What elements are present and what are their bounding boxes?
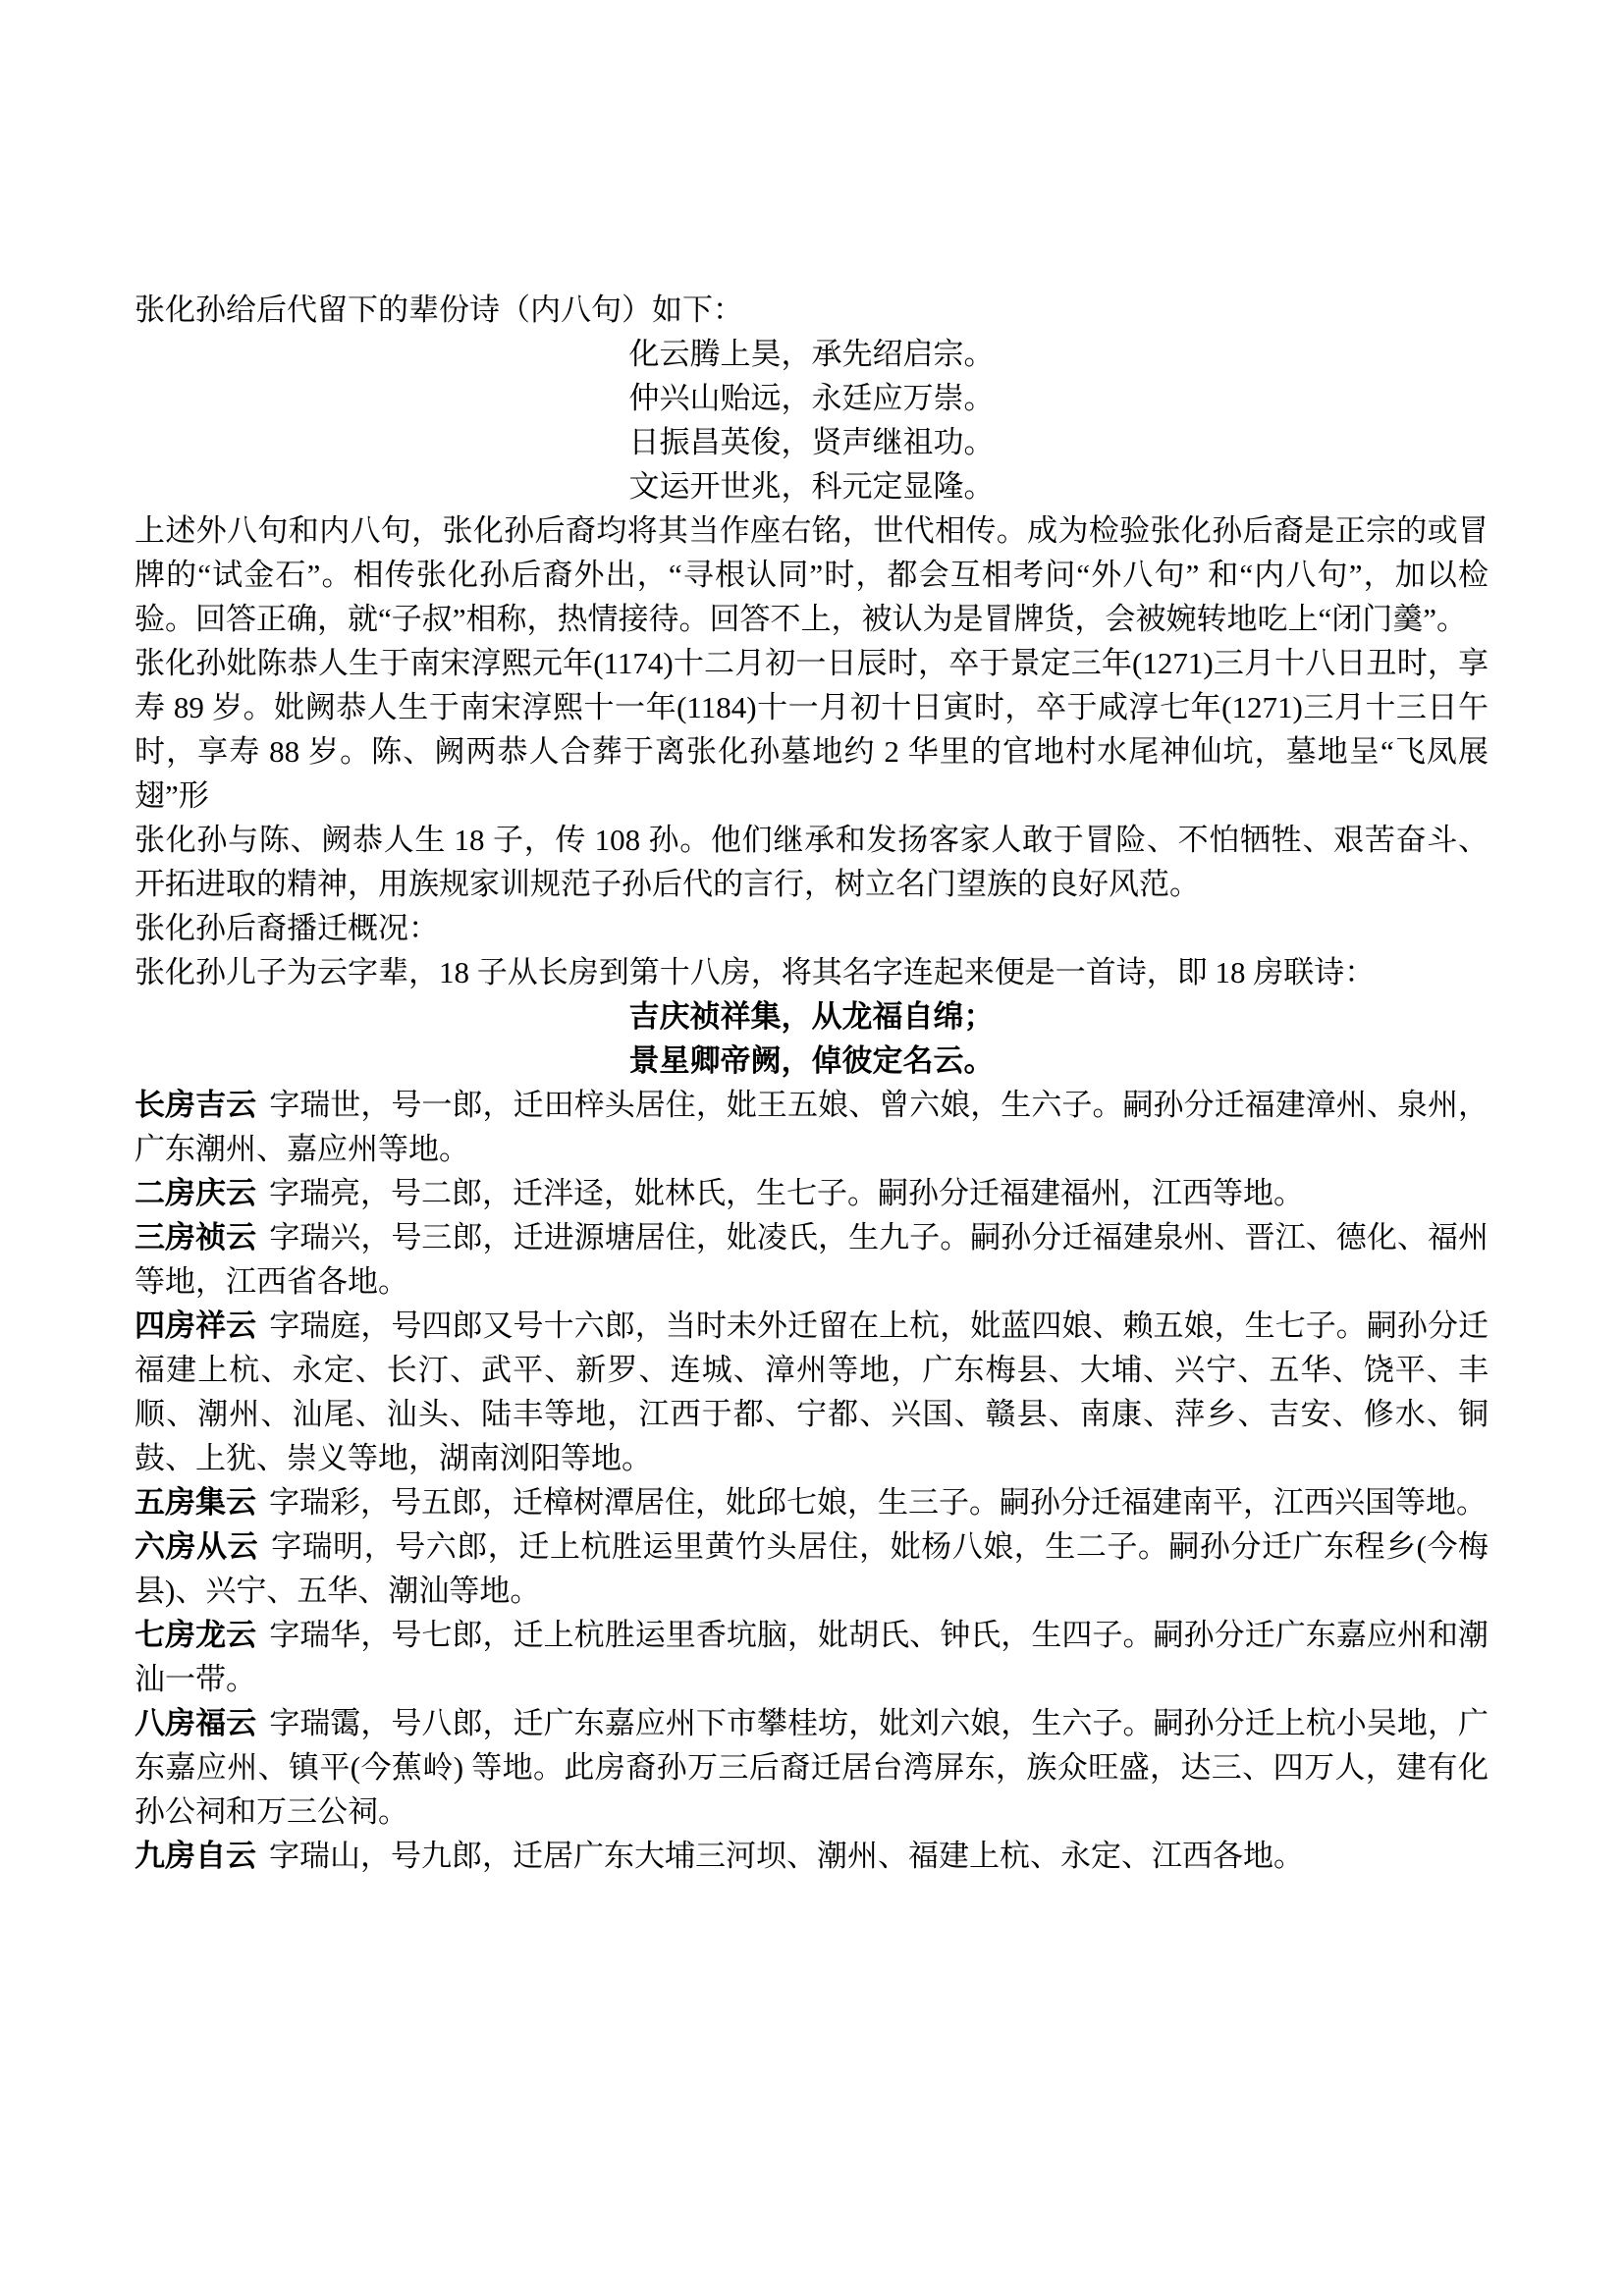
branch-text: 字瑞霭，号八郎，迁广东嘉应州下市攀桂坊，妣刘六娘，生六子。嗣孙分迁上杭小吴地，广… bbox=[135, 1706, 1489, 1829]
branch-entry-3: 三房祯云字瑞兴，号三郎，迁进源塘居住，妣凌氏，生九子。嗣孙分迁福建泉州、晋江、德… bbox=[135, 1215, 1489, 1304]
branch-name: 六房从云 bbox=[135, 1529, 258, 1564]
branch-text: 字瑞山，号九郎，迁居广东大埔三河坝、潮州、福建上杭、永定、江西各地。 bbox=[269, 1839, 1304, 1873]
branch-text: 字瑞华，号七郎，迁上杭胜运里香坑脑，妣胡氏、钟氏，生四子。嗣孙分迁广东嘉应州和潮… bbox=[135, 1618, 1489, 1696]
branch-entry-4: 四房祥云字瑞庭，号四郎又号十六郎，当时未外迁留在上杭，妣蓝四娘、赖五娘，生七子。… bbox=[135, 1304, 1489, 1480]
branch-couplet: 吉庆祯祥集，从龙福自绵； 景星卿帝阙，倬彼定名云。 bbox=[135, 994, 1489, 1083]
branch-entry-9: 九房自云字瑞山，号九郎，迁居广东大埔三河坝、潮州、福建上杭、永定、江西各地。 bbox=[135, 1834, 1489, 1878]
branch-name: 二房庆云 bbox=[135, 1176, 256, 1210]
paragraph-sons: 张化孙与陈、阙恭人生 18 子，传 108 孙。他们继承和发扬客家人敢于冒险、不… bbox=[135, 818, 1489, 906]
intro-line: 张化孙给后代留下的辈份诗（内八句）如下： bbox=[135, 288, 1489, 332]
poem-line: 化云腾上昊，承先绍启宗。 bbox=[135, 332, 1489, 376]
couplet-line: 吉庆祯祥集，从龙福自绵； bbox=[135, 994, 1489, 1039]
branch-name: 八房福云 bbox=[135, 1706, 256, 1740]
branch-entry-7: 七房龙云字瑞华，号七郎，迁上杭胜运里香坑脑，妣胡氏、钟氏，生四子。嗣孙分迁广东嘉… bbox=[135, 1613, 1489, 1701]
inner-poem: 化云腾上昊，承先绍启宗。 仲兴山贻远，永廷应万崇。 日振昌英俊，贤声继祖功。 文… bbox=[135, 332, 1489, 508]
branch-entry-6: 六房从云字瑞明，号六郎，迁上杭胜运里黄竹头居住，妣杨八娘，生二子。嗣孙分迁广东程… bbox=[135, 1524, 1489, 1613]
paragraph-couplet-intro: 张化孙儿子为云字辈，18 子从长房到第十八房，将其名字连起来便是一首诗，即 18… bbox=[135, 950, 1489, 994]
couplet-line: 景星卿帝阙，倬彼定名云。 bbox=[135, 1039, 1489, 1083]
branch-name: 长房吉云 bbox=[135, 1088, 256, 1122]
branch-text: 字瑞明，号六郎，迁上杭胜运里黄竹头居住，妣杨八娘，生二子。嗣孙分迁广东程乡(今梅… bbox=[135, 1529, 1489, 1608]
poem-line: 仲兴山贻远，永廷应万崇。 bbox=[135, 376, 1489, 420]
branch-text: 字瑞亮，号二郎，迁泮迳，妣林氏，生七子。嗣孙分迁福建福州，江西等地。 bbox=[269, 1176, 1304, 1210]
paragraph-wives: 张化孙妣陈恭人生于南宋淳熙元年(1174)十二月初一日辰时，卒于景定三年(127… bbox=[135, 641, 1489, 818]
overview-heading: 张化孙后裔播迁概况： bbox=[135, 906, 1489, 950]
branch-name: 九房自云 bbox=[135, 1839, 256, 1873]
branch-entry-2: 二房庆云字瑞亮，号二郎，迁泮迳，妣林氏，生七子。嗣孙分迁福建福州，江西等地。 bbox=[135, 1171, 1489, 1215]
branch-entry-5: 五房集云字瑞彩，号五郎，迁樟树潭居住，妣邱七娘，生三子。嗣孙分迁福建南平，江西兴… bbox=[135, 1480, 1489, 1524]
poem-line: 日振昌英俊，贤声继祖功。 bbox=[135, 420, 1489, 464]
branch-entry-8: 八房福云字瑞霭，号八郎，迁广东嘉应州下市攀桂坊，妣刘六娘，生六子。嗣孙分迁上杭小… bbox=[135, 1701, 1489, 1834]
branch-text: 字瑞世，号一郎，迁田梓头居住，妣王五娘、曾六娘，生六子。嗣孙分迁福建漳州、泉州，… bbox=[135, 1088, 1489, 1166]
branch-name: 三房祯云 bbox=[135, 1220, 256, 1255]
branch-text: 字瑞兴，号三郎，迁进源塘居住，妣凌氏，生九子。嗣孙分迁福建泉州、晋江、德化、福州… bbox=[135, 1220, 1489, 1299]
branch-name: 七房龙云 bbox=[135, 1618, 256, 1652]
branch-text: 字瑞彩，号五郎，迁樟树潭居住，妣邱七娘，生三子。嗣孙分迁福建南平，江西兴国等地。 bbox=[269, 1485, 1487, 1520]
poem-line: 文运开世兆，科元定显隆。 bbox=[135, 464, 1489, 508]
branch-name: 五房集云 bbox=[135, 1485, 256, 1520]
branch-text: 字瑞庭，号四郎又号十六郎，当时未外迁留在上杭，妣蓝四娘、赖五娘，生七子。嗣孙分迁… bbox=[135, 1308, 1489, 1475]
paragraph-motto: 上述外八句和内八句，张化孙后裔均将其当作座右铭，世代相传。成为检验张化孙后裔是正… bbox=[135, 508, 1489, 641]
branch-name: 四房祥云 bbox=[135, 1308, 256, 1343]
document-page: 张化孙给后代留下的辈份诗（内八句）如下： 化云腾上昊，承先绍启宗。 仲兴山贻远，… bbox=[0, 0, 1624, 2296]
branch-entry-1: 长房吉云字瑞世，号一郎，迁田梓头居住，妣王五娘、曾六娘，生六子。嗣孙分迁福建漳州… bbox=[135, 1083, 1489, 1171]
